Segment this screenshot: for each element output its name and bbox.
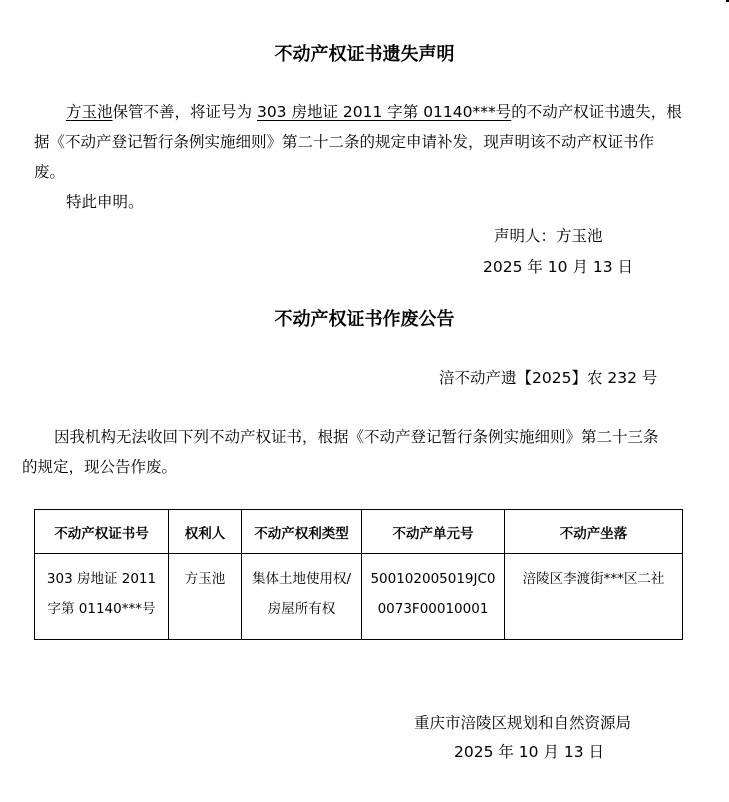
certificate-number: 303 房地证 2011 字第 01140***号: [257, 103, 511, 121]
cell-unit-number: 500102005019JC00073F00010001: [362, 554, 505, 640]
header-cert-number: 不动产权证书号: [35, 510, 169, 554]
header-location: 不动产坐落: [505, 510, 683, 554]
notice-date: 2025 年 10 月 13 日: [454, 740, 604, 762]
issuer-name: 重庆市涪陵区规划和自然资源局: [414, 711, 631, 733]
statement-title: 不动产权证书遗失声明: [0, 40, 729, 66]
header-owner: 权利人: [169, 510, 242, 554]
header-unit-number: 不动产单元号: [362, 510, 505, 554]
cell-right-type: 集体土地使用权/房屋所有权: [242, 554, 362, 640]
declarant-label: 声明人：方玉池: [494, 224, 603, 246]
doc-number: 涪不动产遗【2025】农 232 号: [439, 366, 657, 388]
header-right-type: 不动产权利类型: [242, 510, 362, 554]
cell-cert-number: 303 房地证 2011 字第 01140***号: [35, 554, 169, 640]
statement-body: 方玉池保管不善，将证号为 303 房地证 2011 字第 01140***号的不…: [34, 97, 694, 217]
cell-location: 涪陵区李渡街***区二社: [505, 554, 683, 640]
statement-date: 2025 年 10 月 13 日: [483, 255, 633, 277]
cell-owner: 方玉池: [169, 554, 242, 640]
declarant-name: 方玉池: [66, 103, 113, 121]
table-row: 303 房地证 2011 字第 01140***号 方玉池 集体土地使用权/房屋…: [35, 554, 683, 640]
certificate-table: 不动产权证书号 权利人 不动产权利类型 不动产单元号 不动产坐落 303 房地证…: [34, 509, 683, 640]
closing-text: 特此申明。: [34, 187, 694, 217]
notice-title: 不动产权证书作废公告: [0, 305, 729, 331]
notice-body: 因我机构无法收回下列不动产权证书，根据《不动产登记暂行条例实施细则》第二十三条 …: [22, 422, 712, 482]
